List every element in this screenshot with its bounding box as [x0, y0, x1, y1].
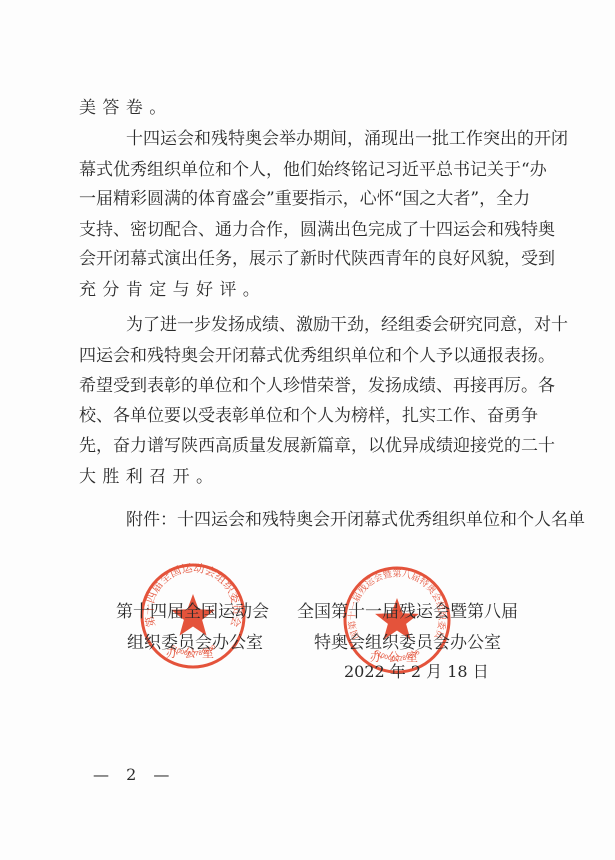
body-line: 美答卷。	[79, 96, 525, 120]
body-line: 幕式优秀组织单位和个人，他们始终铭记习近平总书记关于“办	[79, 158, 525, 182]
body-line: 一届精彩圆满的体育盛会”重要指示，心怀“国之大者”，全力	[79, 187, 525, 211]
body-line: 为了进一步发扬成绩、激励干劲，经组委会研究同意，对十	[126, 313, 525, 337]
body-line: 校、各单位要以受表彰单位和个人为榜样，扎实工作、奋勇争	[79, 404, 525, 428]
document-page: 美答卷。 十四运会和残特奥会举办期间，涌现出一批工作突出的开闭 幕式优秀组织单位…	[0, 0, 615, 860]
body-line: 十四运会和残特奥会举办期间，涌现出一批工作突出的开闭	[126, 127, 525, 151]
body-line: 希望受到表彰的单位和个人珍惜荣誉，发扬成绩、再接再厉。各	[79, 374, 525, 398]
body-line: 会开闭幕式演出任务，展示了新时代陕西青年的良好风貌，受到	[79, 247, 525, 271]
body-line: 先，奋力谱写陕西高质量发展新篇章，以优异成绩迎接党的二十	[79, 434, 525, 458]
signature-org-1-line1: 第十四届全国运动会	[116, 600, 267, 624]
body-line: 充分肯定与好评。	[79, 278, 525, 302]
page-number: — 2 —	[93, 764, 175, 786]
signature-org-2-line1: 全国第十一届残运会暨第八届	[297, 600, 507, 624]
body-line: 大胜利召开。	[79, 465, 525, 489]
signature-org-2-line2: 特奥会组织委员会办公室	[314, 631, 491, 655]
body-line: 四运会和残特奥会开闭幕式优秀组织单位和个人予以通报表扬。	[79, 344, 525, 368]
signature-org-1-line2: 组织委员会办公室	[127, 631, 258, 655]
body-line: 支持、密切配合、通力合作，圆满出色完成了十四运会和残特奥	[79, 218, 525, 242]
attachment-note: 附件：十四运会和残特奥会开闭幕式优秀组织单位和个人名单	[126, 508, 525, 532]
document-date: 2022 年 2 月 18 日	[344, 660, 466, 684]
